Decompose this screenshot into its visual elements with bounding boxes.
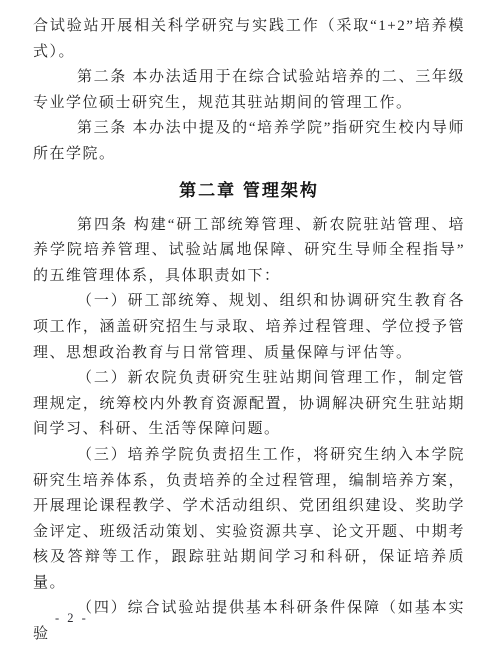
chapter-heading: 第二章 管理架构 (33, 178, 465, 204)
document-body: 合试验站开展相关科学研究与实践工作（采取“1+2”培养模式）。 第二条 本办法适… (33, 14, 465, 648)
page-number: - 2 - (55, 611, 88, 626)
paragraph-item-2: （二）新农院负责研究生驻站期间管理工作，制定管理规定，统筹校内外教育资源配置，协… (33, 366, 465, 443)
paragraph-item-3: （三）培养学院负责招生工作，将研究生纳入本学院研究生培养体系，负责培养的全过程管… (33, 443, 465, 597)
paragraph-article-4: 第四条 构建“研工部统筹管理、新农院驻站管理、培养学院培养管理、试验站属地保障、… (33, 213, 465, 290)
paragraph-item-4: （四）综合试验站提供基本科研条件保障（如基本实验 (33, 596, 465, 647)
document-page: 合试验站开展相关科学研究与实践工作（采取“1+2”培养模式）。 第二条 本办法适… (0, 0, 499, 659)
paragraph-item-1: （一）研工部统筹、规划、组织和协调研究生教育各项工作，涵盖研究招生与录取、培养过… (33, 289, 465, 366)
paragraph-continuation: 合试验站开展相关科学研究与实践工作（采取“1+2”培养模式）。 (33, 14, 465, 65)
paragraph-article-3: 第三条 本办法中提及的“培养学院”指研究生校内导师所在学院。 (33, 116, 465, 167)
paragraph-article-2: 第二条 本办法适用于在综合试验站培养的二、三年级专业学位硕士研究生，规范其驻站期… (33, 65, 465, 116)
